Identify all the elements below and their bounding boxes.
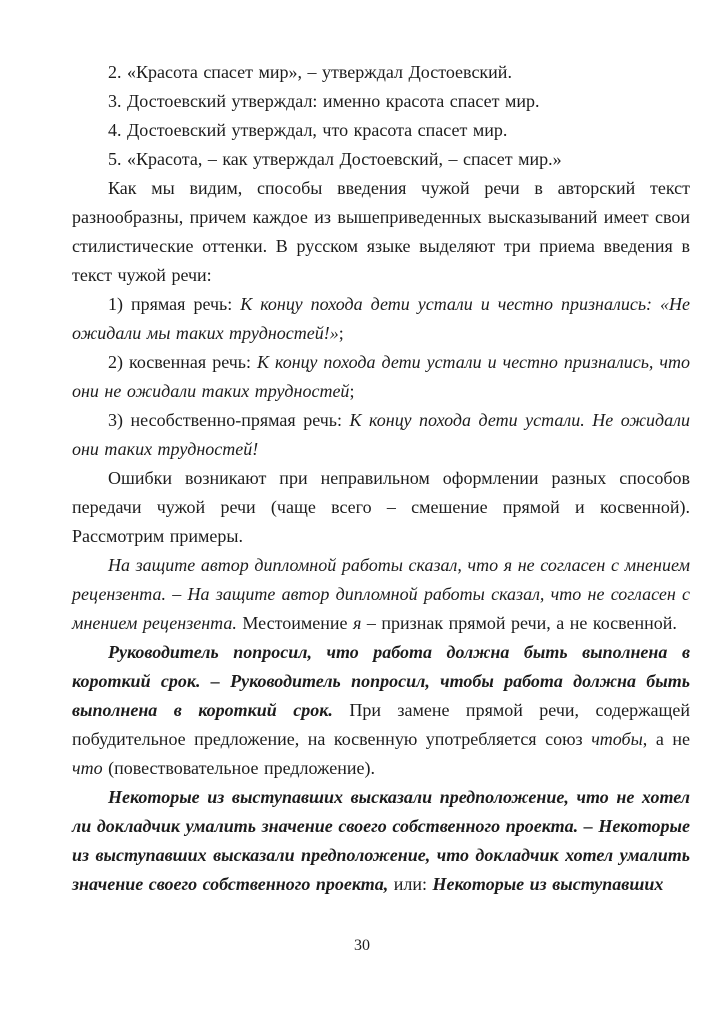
text-segment: 5. «Красота, – как утверждал Достоевский… <box>108 149 562 169</box>
text-segment: Ошибки возникают при неправильном оформл… <box>72 468 690 546</box>
body-paragraph: Как мы видим, способы введения чужой реч… <box>72 174 690 290</box>
text-segment: , а не <box>643 729 690 749</box>
text-segment: или: <box>388 874 432 894</box>
text-segment: 2. «Красота спасет мир», – утверждал Дос… <box>108 62 512 82</box>
document-page: 2. «Красота спасет мир», – утверждал Дос… <box>0 0 724 1024</box>
example-paragraph: Некоторые из выступавших высказали предп… <box>72 783 690 899</box>
example-paragraph: На защите автор дипломной работы сказал,… <box>72 551 690 638</box>
text-segment: (повествовательное предложение). <box>103 758 375 778</box>
numbered-item: 3) несобственно-прямая речь: К концу пох… <box>72 406 690 464</box>
list-item: 2. «Красота спасет мир», – утверждал Дос… <box>72 58 690 87</box>
example-paragraph: Руководитель попросил, что работа должна… <box>72 638 690 783</box>
text-segment: Местоимение <box>237 613 353 633</box>
text-segment: 4. Достоевский утверждал, что красота сп… <box>108 120 507 140</box>
example-text-segment: Некоторые из выступавших <box>433 874 664 894</box>
text-segment: – признак прямой речи, а не косвенной. <box>361 613 677 633</box>
example-text-segment: что <box>72 758 103 778</box>
example-text-segment: чтобы <box>591 729 643 749</box>
list-item: 4. Достоевский утверждал, что красота сп… <box>72 116 690 145</box>
text-segment: ; <box>349 381 354 401</box>
list-item: 5. «Красота, – как утверждал Достоевский… <box>72 145 690 174</box>
page-number: 30 <box>354 937 370 954</box>
text-segment: ; <box>339 323 344 343</box>
text-segment: 3. Достоевский утверждал: именно красота… <box>108 91 539 111</box>
text-segment: 1) прямая речь: <box>108 294 240 314</box>
text-segment: 2) косвенная речь: <box>108 352 257 372</box>
body-paragraph: Ошибки возникают при неправильном оформл… <box>72 464 690 551</box>
numbered-item: 1) прямая речь: К концу похода дети уста… <box>72 290 690 348</box>
list-item: 3. Достоевский утверждал: именно красота… <box>72 87 690 116</box>
page-footer: 30 <box>0 936 724 956</box>
text-segment: Как мы видим, способы введения чужой реч… <box>72 178 690 285</box>
text-segment: 3) несобственно-прямая речь: <box>108 410 350 430</box>
numbered-item: 2) косвенная речь: К концу похода дети у… <box>72 348 690 406</box>
